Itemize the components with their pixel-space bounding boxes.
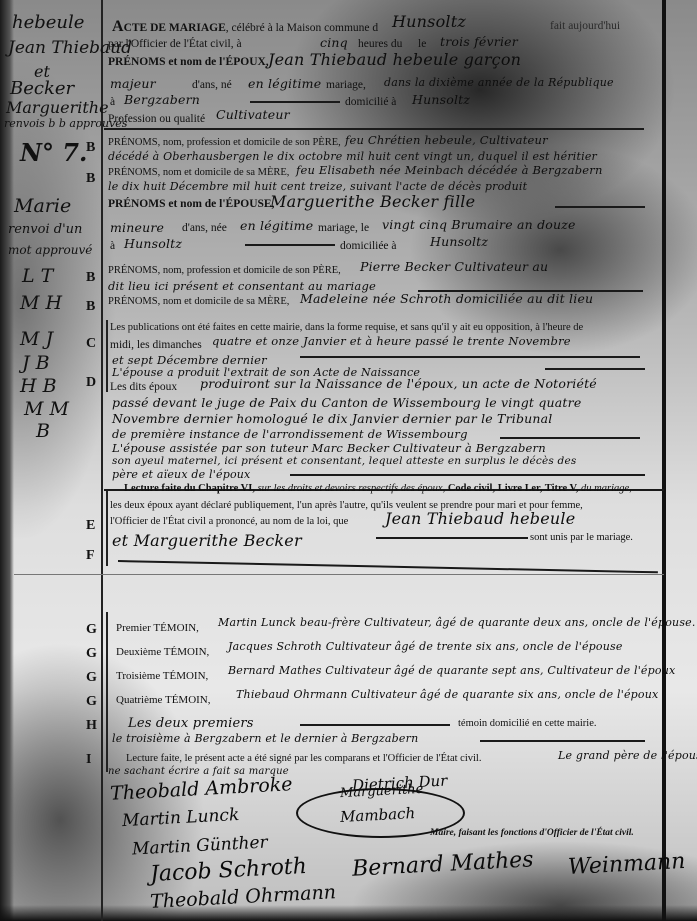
- section-letter: B: [86, 270, 95, 286]
- section-letter: G: [86, 622, 97, 638]
- bracket-c-d: [106, 320, 108, 392]
- section-letter: D: [86, 375, 96, 391]
- section-letter: F: [86, 548, 95, 564]
- signature: Bernard Mathes: [351, 847, 534, 881]
- header-line-2: par l'Officier de l'État civil, à: [108, 38, 242, 50]
- scan-edge-left: [0, 0, 14, 921]
- witness-1-label: Premier TÉMOIN,: [116, 622, 199, 634]
- section-letter: B: [86, 140, 95, 156]
- section-letter: I: [86, 752, 91, 768]
- act-number: N° 7.: [20, 138, 87, 167]
- signature: Martin Günther: [132, 832, 269, 859]
- margin-surname-groom: hebeule: [12, 12, 84, 33]
- bride-father-label: PRÉNOMS, nom, profession et domicile de …: [108, 265, 341, 276]
- witness-3-label: Troisième TÉMOIN,: [116, 670, 208, 682]
- witness-2-label: Deuxième TÉMOIN,: [116, 646, 209, 658]
- groom-father-label: PRÉNOMS, nom, profession et domicile de …: [108, 137, 341, 148]
- section-letter: B: [86, 171, 95, 187]
- groom-name: Jean Thiebaud hebeule garçon: [268, 50, 521, 69]
- margin-initial: L T: [22, 265, 53, 287]
- bride-mother-label: PRÉNOMS, nom et domicile de sa MÈRE,: [108, 296, 289, 307]
- bride-label: PRÉNOMS et nom de l'ÉPOUSE,: [108, 198, 274, 210]
- groom-profession: Cultivateur: [216, 107, 290, 122]
- bride-age: mineure: [110, 220, 164, 235]
- margin-initial: M M: [24, 398, 69, 420]
- witness-domicile-text: témoin domicilié en cette mairie.: [458, 718, 597, 729]
- margin-initial: M J: [20, 328, 53, 350]
- witness-3-name: Bernard Mathes Cultivateur âgé de quaran…: [228, 664, 675, 677]
- groom-birthplace: Bergzabern: [124, 92, 200, 107]
- groom-label: PRÉNOMS et nom de l'ÉPOUX,: [108, 56, 269, 68]
- margin-initial: H B: [20, 375, 57, 397]
- sont-unis-text: sont unis par le mariage.: [530, 532, 633, 543]
- margin-surname-bride: Becker: [10, 78, 74, 99]
- bride-domicile: Hunsoltz: [430, 234, 488, 249]
- section-letter: G: [86, 694, 97, 710]
- mayor-signature: Weinmann: [567, 849, 686, 880]
- signature: Jacob Schroth: [149, 854, 307, 887]
- bride-birthplace: Hunsoltz: [124, 236, 182, 251]
- bracket-e-f: [106, 490, 108, 566]
- union-bride-name: et Marguerithe Becker: [112, 531, 302, 550]
- section-letter: G: [86, 670, 97, 686]
- margin-initial: B: [36, 420, 50, 442]
- reading-line-3: l'Officier de l'État civil a prononcé, a…: [110, 516, 348, 527]
- bracket-g-i: [106, 612, 108, 772]
- mayor-title: Maire, faisant les fonctions d'Officier …: [430, 828, 634, 838]
- witness-2-name: Jacques Schroth Cultivateur âgé de trent…: [228, 640, 623, 653]
- witness-4-name: Thiebaud Ohrmann Cultivateur âgé de quar…: [236, 688, 658, 701]
- margin-rule: [101, 0, 103, 921]
- margin-annotation-marie: Marie: [14, 195, 71, 217]
- date-hw: trois février: [440, 34, 518, 49]
- witness-1-name: Martin Lunck beau-frère Cultivateur, âgé…: [218, 616, 696, 629]
- margin-annotation-renvoi: renvoi d'un: [8, 222, 82, 237]
- margin-initial: J B: [22, 352, 50, 374]
- section-letter: E: [86, 518, 95, 534]
- celebration-place: Hunsoltz: [392, 12, 466, 31]
- section-letter: B: [86, 299, 95, 315]
- signature: Theobald Ambroke: [110, 773, 293, 805]
- title-text: CTE DE MARIAGE: [124, 22, 226, 34]
- margin-initial: M H: [20, 292, 62, 314]
- reading-line-1: Lecture faite du Chapitre VI, sur les dr…: [124, 483, 632, 494]
- closing-text: Lecture faite, le présent acte a été sig…: [126, 753, 481, 764]
- groom-domicile: Hunsoltz: [412, 92, 470, 107]
- header-line-1: ACTE DE MARIAGE, célébré à la Maison com…: [112, 18, 378, 36]
- witness-domicile-hw: Les deux premiers: [128, 716, 254, 731]
- section-letter: C: [86, 336, 96, 352]
- right-border-rule: [662, 0, 666, 921]
- section-letter: H: [86, 718, 97, 734]
- signature: Martin Lunck: [122, 805, 240, 831]
- register-page: hebeule Jean Thiebaud et Becker Margueri…: [0, 0, 697, 921]
- groom-age: majeur: [110, 76, 156, 91]
- bride-name: Marguerithe Becker fille: [270, 192, 475, 211]
- union-groom-name: Jean Thiebaud hebeule: [385, 509, 575, 528]
- publications-text: Les publications ont été faites en cette…: [110, 322, 583, 333]
- dits-epoux-label: Les dits époux: [110, 381, 177, 393]
- title-initial: A: [112, 18, 124, 35]
- hour-hw: cinq: [320, 35, 348, 50]
- groom-mother-label: PRÉNOMS, nom et domicile de sa MÈRE,: [108, 167, 289, 178]
- section-letter: G: [86, 646, 97, 662]
- scan-edge-bottom: [0, 905, 697, 921]
- witness-4-label: Quatrième TÉMOIN,: [116, 694, 211, 706]
- margin-annotation-approuve: mot approuvé: [8, 243, 92, 257]
- margin-given-bride: Marguerithe: [6, 98, 109, 117]
